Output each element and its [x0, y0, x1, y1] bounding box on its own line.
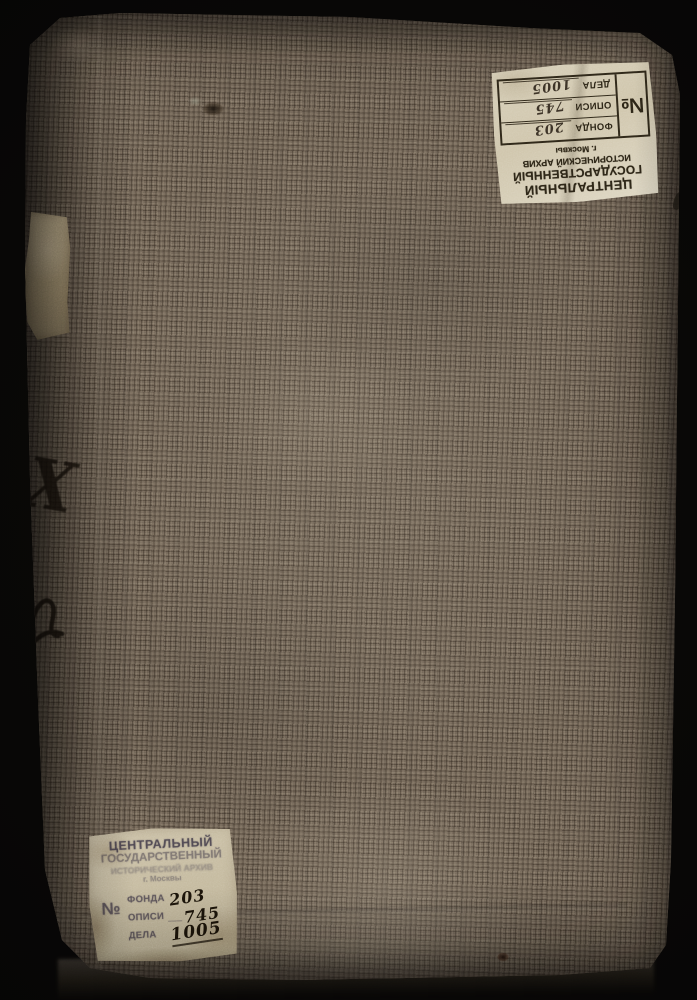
spine-ink-scribble: [24, 582, 74, 646]
spine-ink-mark: Х: [19, 439, 80, 534]
row-label: ФОНДА: [127, 892, 167, 905]
handwritten-fond-number: 203: [533, 118, 565, 137]
row-label: ДЕЛА: [582, 76, 611, 92]
archive-stamp-bottom: ЦЕНТРАЛЬНЫЙ ГОСУДАРСТВЕННЫЙ ИСТОРИЧЕСКИЙ…: [86, 825, 240, 965]
row-label: ОПИСИ: [575, 97, 612, 113]
row-label: ФОНДА: [575, 118, 613, 134]
number-sign: №: [615, 73, 649, 137]
handwritten-opis-number: 745: [533, 97, 565, 116]
row-label: ДЕЛА: [128, 928, 168, 941]
stamp-fond-table: № ФОНДА 203 ОПИСИ 745 ДЕЛА 1005: [497, 71, 651, 146]
number-sign: №: [101, 899, 121, 920]
archive-stamp-top: ЦЕНТРАЛЬНЫЙ ГОСУДАРСТВЕННЫЙ ИСТОРИЧЕСКИЙ…: [490, 59, 660, 207]
book-cover: Х ЦЕНТРАЛЬНЫЙ ГОСУДАРСТВЕННЫЙ ИСТОРИЧЕСК…: [22, 10, 682, 982]
stamp-fond-table: № ФОНДА 203 ОПИСИ 745 ДЕЛА 1005: [95, 886, 233, 948]
row-label: ОПИСИ: [128, 910, 168, 923]
spine-label-remnant: [23, 212, 70, 340]
photo-stage: Х ЦЕНТРАЛЬНЫЙ ГОСУДАРСТВЕННЫЙ ИСТОРИЧЕСК…: [0, 0, 697, 1000]
ink-drop-stain: [490, 948, 516, 966]
cover-damage-spot: [182, 88, 234, 126]
loose-thread: [671, 191, 684, 211]
stamp-row-delo: ДЕЛА 1005: [128, 922, 233, 945]
handwritten-delo-number: 1005: [530, 75, 572, 96]
